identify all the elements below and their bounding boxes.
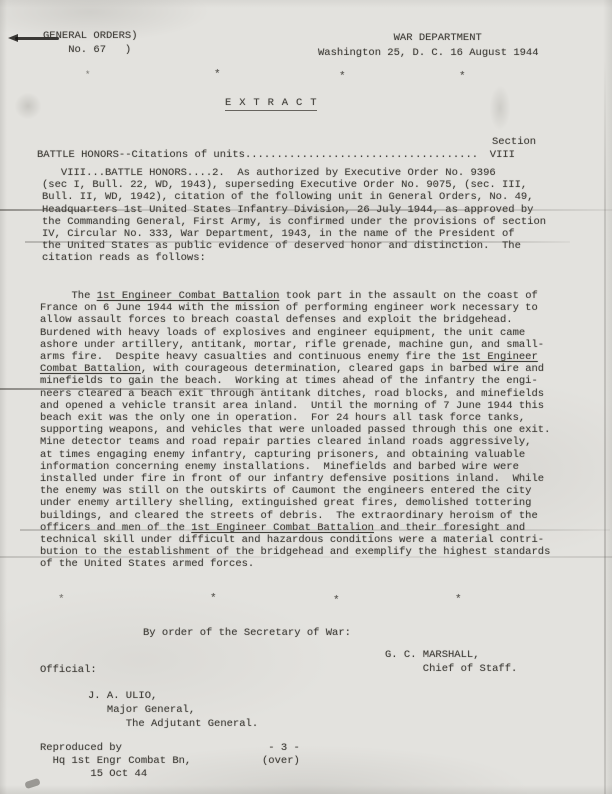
asterisk: * [459,71,466,83]
document-page: GENERAL ORDERS) No. 67 ) WAR DEPARTMENTW… [0,0,612,794]
toc-dot-leader: ........................................… [245,149,480,161]
asterisk: * [210,593,217,605]
extract-title: E X T R A C T [225,97,317,111]
official-label: Official: [40,664,97,676]
chief-of-staff-signature: G. C. MARSHALL, Chief of Staff. [385,649,517,676]
scan-streak-artifact [0,556,612,558]
asterisk: * [214,69,221,81]
section-label: Section [492,136,536,148]
scan-streak-artifact [25,241,570,243]
reproduction-note: Reproduced by Hq 1st Engr Combat Bn, 15 … [40,742,191,780]
asterisk: * [85,70,90,80]
asterisk: * [455,594,462,606]
asterisk: * [58,594,65,606]
paper-crease [604,60,606,794]
asterisk: * [333,595,340,607]
general-orders-heading: GENERAL ORDERS) No. 67 ) [43,30,138,57]
war-department-heading: WAR DEPARTMENTWashington 25, D. C. 16 Au… [318,31,539,60]
toc-row: BATTLE HONORS--Citations of units ......… [37,149,515,161]
scan-streak-artifact [20,529,610,531]
toc-section-number: VIII [490,149,515,161]
by-order-line: By order of the Secretary of War: [143,627,351,639]
scan-streak-artifact [0,209,612,211]
authority-paragraph: VIII...BATTLE HONORS....2. As authorized… [42,167,546,265]
scan-streak-artifact [0,388,265,390]
adjutant-general-signature: J. A. ULIO, Major General, The Adjutant … [88,690,258,731]
corner-smudge [24,778,40,789]
asterisk: * [339,71,346,83]
page-number-block: - 3 -(over) [262,742,300,768]
toc-entry: BATTLE HONORS--Citations of units [37,149,245,161]
